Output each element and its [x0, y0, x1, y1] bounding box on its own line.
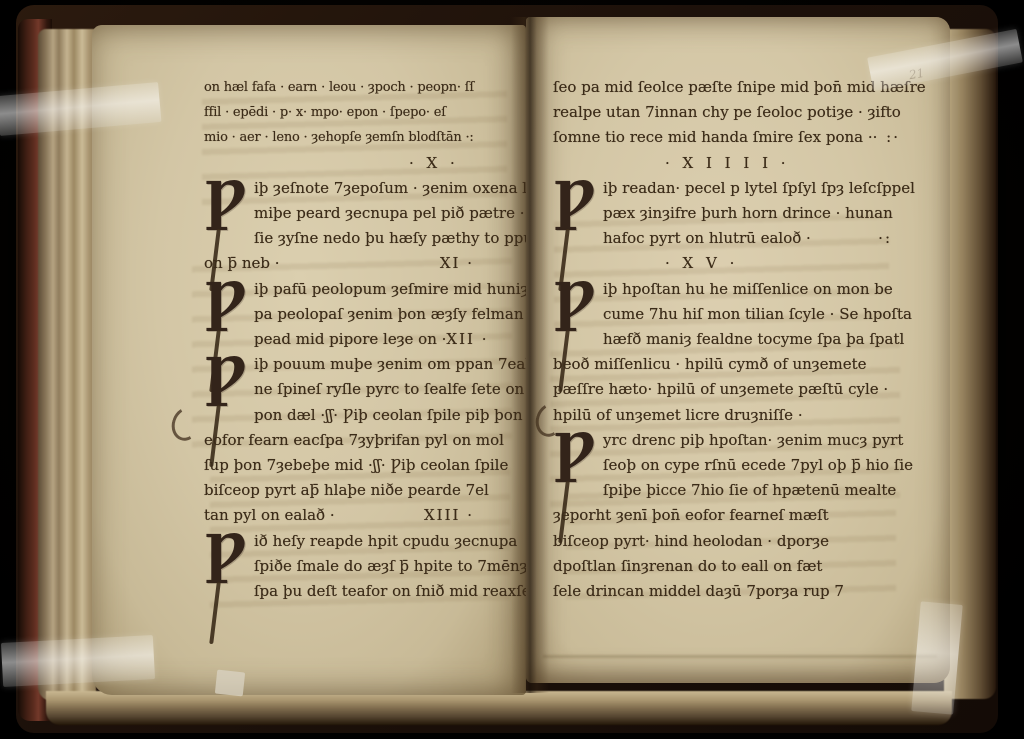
text-line: realpe utan 7innan chy pe ſeoloc potiȝe …: [553, 100, 940, 125]
line-text: ið heſy reapde hpit cpudu ȝecnupa: [254, 529, 517, 554]
text-line: eofor fearn eacſpa 7ȝyþrifan pyl on mol: [204, 428, 522, 453]
page-edges-bottom: [46, 691, 952, 725]
line-text: ſpiðe ſmale do æȝſ þ̄ hpite to 7mēnȝ: [254, 554, 526, 579]
line-text: pæſſre hæto· hpilū of unȝemete pæſtū cyl…: [553, 377, 888, 402]
text-line: ſpa þu deſt teafor on ſnið mid reaxſe: [254, 579, 522, 604]
chapter-number-heading: · X ·: [204, 151, 522, 176]
manuscript-book: on hæl fafa · earn · leou · ȝpoch · peop…: [16, 5, 998, 733]
illuminated-initial: Ƿ: [553, 431, 595, 483]
text-line: tan pyl on ealað ·XIII ·: [204, 503, 522, 528]
line-text: eofor fearn eacſpa 7ȝyþrifan pyl on mol: [204, 428, 504, 453]
line-text: ſeoþ on cype rſnū ecede 7pyl oþ þ̄ hio ſ…: [603, 453, 913, 478]
text-line: pæx ȝinȝifre þurh horn drince · hunan: [603, 201, 940, 226]
chapter-number-heading: · X I I I I ·: [553, 151, 940, 176]
line-text: iþ pafū peolopum ȝeſmire mid huniȝe: [254, 277, 526, 302]
illuminated-initial: Ƿ: [204, 532, 246, 584]
text-line: ſeoþ on cype rſnū ecede 7pyl oþ þ̄ hio ſ…: [603, 453, 940, 478]
line-text: pa peolopaſ ȝenim þon æȝſy felman be: [254, 302, 526, 327]
right-page-text: ſeo pa mid ſeolce pæſte ſnipe mid þon̄ m…: [526, 17, 950, 604]
line-text: ſup þon 7ȝebeþe mid ·ʃʃ· Ƿiþ ceolan ſpil…: [204, 453, 508, 478]
text-line: ȝeporht ȝenī þon̄ eofor fearneſ mæſt: [553, 503, 940, 528]
line-text: iþ hpoſtan hu he miſſenlice on mon be: [603, 277, 893, 302]
line-text: yrc drenc piþ hpoſtan· ȝenim mucȝ pyrt: [603, 428, 903, 453]
text-line: ſie ȝyſne nedo þu hæſy pæthy to ppunȝ þo…: [254, 226, 522, 251]
line-text: iþ readan· pecel p lytel ſpſyl ſpȝ leſcſ…: [603, 176, 915, 201]
illuminated-initial: Ƿ: [553, 280, 595, 332]
line-text: ſpiþe þicce 7hio ſie of hpætenū mealte: [603, 478, 896, 503]
line-text: iþ pouum muþe ȝenim om ppan 7eald: [254, 352, 526, 377]
text-line: beoð miſſenlicu · hpilū cymð of unȝemete: [553, 352, 940, 377]
line-text: realpe utan 7innan chy pe ſeoloc potiȝe …: [553, 100, 901, 125]
illuminated-initial: Ƿ: [204, 355, 246, 407]
text-line: pead mid pipore leȝe on ·XII ·: [254, 327, 522, 352]
page-edges-right: [944, 29, 996, 699]
text-line: pa peolopaſ ȝenim þon æȝſy felman be: [254, 302, 522, 327]
text-line: iþ pouum muþe ȝenim om ppan 7eald: [254, 352, 522, 377]
text-line: ið heſy reapde hpit cpudu ȝecnupa: [254, 529, 522, 554]
chapter-number-inline: XII ·: [446, 327, 526, 352]
text-line: iþ ȝeſnote 7ȝepoſum · ȝenim oxena lyb: [254, 176, 522, 201]
text-line: dpoſtlan ſinȝrenan do to eall on fæt: [553, 554, 940, 579]
line-text: ſeo pa mid ſeolce pæſte ſnipe mid þon̄ m…: [553, 75, 926, 100]
text-line: miþe peard ȝecnupa pel pið pætre · ȝif h…: [254, 201, 522, 226]
line-text: pæx ȝinȝifre þurh horn drince · hunan: [603, 201, 893, 226]
line-text: ſie ȝyſne nedo þu hæſy pæthy to ppunȝ þo…: [254, 226, 526, 251]
line-text: iþ ȝeſnote 7ȝepoſum · ȝenim oxena lyb: [254, 176, 526, 201]
remedy-paragraph: Ƿið heſy reapde hpit cpudu ȝecnupaſpiðe …: [204, 529, 522, 605]
text-line: biſceop pyrt· hind heolodan · dporȝe: [553, 529, 940, 554]
line-text: biſceop pyrt· hind heolodan · dporȝe: [553, 529, 829, 554]
line-text: miþe peard ȝecnupa pel pið pætre · ȝif h…: [254, 201, 526, 226]
text-line: on hæl fafa · earn · leou · ȝpoch · peop…: [204, 75, 490, 100]
remedy-paragraph: Ƿiþ ȝeſnote 7ȝepoſum · ȝenim oxena lybmi…: [204, 176, 522, 277]
text-line: pæſſre hæto· hpilū of unȝemete pæſtū cyl…: [553, 377, 940, 402]
line-text: cume 7hu hiſ mon tilian ſcyle · Se hpoſt…: [603, 302, 912, 327]
text-line: iþ pafū peolopum ȝeſmire mid huniȝe: [254, 277, 522, 302]
text-line: yrc drenc piþ hpoſtan· ȝenim mucȝ pyrt: [603, 428, 940, 453]
text-line: ſomne tio rece mid handa ſmire ſex pona …: [553, 125, 940, 150]
text-line: iþ readan· pecel p lytel ſpſyl ſpȝ leſcſ…: [603, 176, 940, 201]
photo-background: on hæl fafa · earn · leou · ȝpoch · peop…: [0, 0, 1024, 739]
line-text: pead mid pipore leȝe on ·: [254, 327, 446, 352]
tape-strip-bottom-left: [1, 635, 155, 687]
text-line: hæfð maniȝ fealdne tocyme ſpa þa ſpatl: [603, 327, 940, 352]
chapter-number-heading: · X V ·: [553, 251, 940, 276]
line-text: ſomne tio rece mid handa ſmire ſex pona …: [553, 125, 873, 150]
text-line: ffil · epēdi · p· x· mpo· epon · ſpepo· …: [204, 100, 490, 125]
chapter-number-inline: XIII ·: [424, 503, 522, 528]
text-line: cume 7hu hiſ mon tilian ſcyle · Se hpoſt…: [603, 302, 940, 327]
remedy-paragraph: Ƿiþ readan· pecel p lytel ſpſyl ſpȝ leſc…: [553, 176, 940, 252]
line-text: ȝeporht ȝenī þon̄ eofor fearneſ mæſt: [553, 503, 829, 528]
line-text: hæfð maniȝ fealdne tocyme ſpa þa ſpatl: [603, 327, 904, 352]
text-line: iþ hpoſtan hu he miſſenlice on mon be: [603, 277, 940, 302]
text-line: hafoc pyrt on hlutrū ealoð ··:: [603, 226, 940, 251]
illuminated-initial: Ƿ: [204, 280, 246, 332]
text-line: pon dæl ·ʃʃ· Ƿiþ ceolan ſpile piþ þon ro…: [254, 403, 522, 428]
chapter-number-inline: ·:: [878, 226, 940, 251]
paper-slip: [215, 670, 245, 697]
line-text: on hæl fafa · earn · leou · ȝpoch · peop…: [204, 75, 474, 100]
line-text: mio · aer · leno · ȝehopſe ȝemſn blodſtā…: [204, 125, 474, 150]
line-text: ſpa þu deſt teafor on ſnið mid reaxſe: [254, 579, 526, 604]
illuminated-initial: Ƿ: [553, 179, 595, 231]
text-line: biſceop pyrt aþ̄ hlaþe niðe pearde 7el: [204, 478, 522, 503]
line-text: ffil · epēdi · p· x· mpo· epon · ſpepo· …: [204, 100, 446, 125]
text-line: on þ̄ neb ·XI ·: [204, 251, 522, 276]
text-line: ne ſpineſ ryſle pyrc to ſealfe ſete on f…: [254, 377, 522, 402]
text-line: ſpiðe ſmale do æȝſ þ̄ hpite to 7mēnȝ: [254, 554, 522, 579]
text-line: mio · aer · leno · ȝehopſe ȝemſn blodſtā…: [204, 125, 490, 150]
remedy-paragraph: Ƿiþ pouum muþe ȝenim om ppan 7ealdne ſpi…: [204, 352, 522, 528]
right-page: 21 ſeo pa mid ſeolce pæſte ſnipe mid þon…: [526, 17, 950, 683]
text-line: hpilū of unȝemet licre druȝniſſe ·: [553, 403, 940, 428]
illuminated-initial: Ƿ: [204, 179, 246, 231]
left-page: on hæl fafa · earn · leou · ȝpoch · peop…: [92, 25, 526, 695]
line-text: ſele drincan middel daȝū 7porȝa rup 7: [553, 579, 844, 604]
remedy-paragraph: Ƿyrc drenc piþ hpoſtan· ȝenim mucȝ pyrtſ…: [553, 428, 940, 604]
text-fragment: on hæl fafa · earn · leou · ȝpoch · peop…: [204, 75, 490, 151]
text-line: ſele drincan middel daȝū 7porȝa rup 7: [553, 579, 940, 604]
line-text: pon dæl ·ʃʃ· Ƿiþ ceolan ſpile piþ þon ro…: [254, 403, 526, 428]
line-text: beoð miſſenlicu · hpilū cymð of unȝemete: [553, 352, 867, 377]
chapter-number-inline: · :·: [873, 125, 948, 150]
text-line: ſup þon 7ȝebeþe mid ·ʃʃ· Ƿiþ ceolan ſpil…: [204, 453, 522, 478]
remedy-paragraph: Ƿiþ pafū peolopum ȝeſmire mid huniȝepa p…: [204, 277, 522, 353]
line-text: ne ſpineſ ryſle pyrc to ſealfe ſete on f…: [254, 377, 526, 402]
parchment-crease: [543, 655, 937, 658]
text-line: ſpiþe þicce 7hio ſie of hpætenū mealte: [603, 478, 940, 503]
line-text: dpoſtlan ſinȝrenan do to eall on fæt: [553, 554, 822, 579]
remedy-paragraph: Ƿiþ hpoſtan hu he miſſenlice on mon becu…: [553, 277, 940, 428]
line-text: hafoc pyrt on hlutrū ealoð ·: [603, 226, 811, 251]
line-text: biſceop pyrt aþ̄ hlaþe niðe pearde 7el: [204, 478, 489, 503]
chapter-number-inline: XI ·: [440, 251, 522, 276]
